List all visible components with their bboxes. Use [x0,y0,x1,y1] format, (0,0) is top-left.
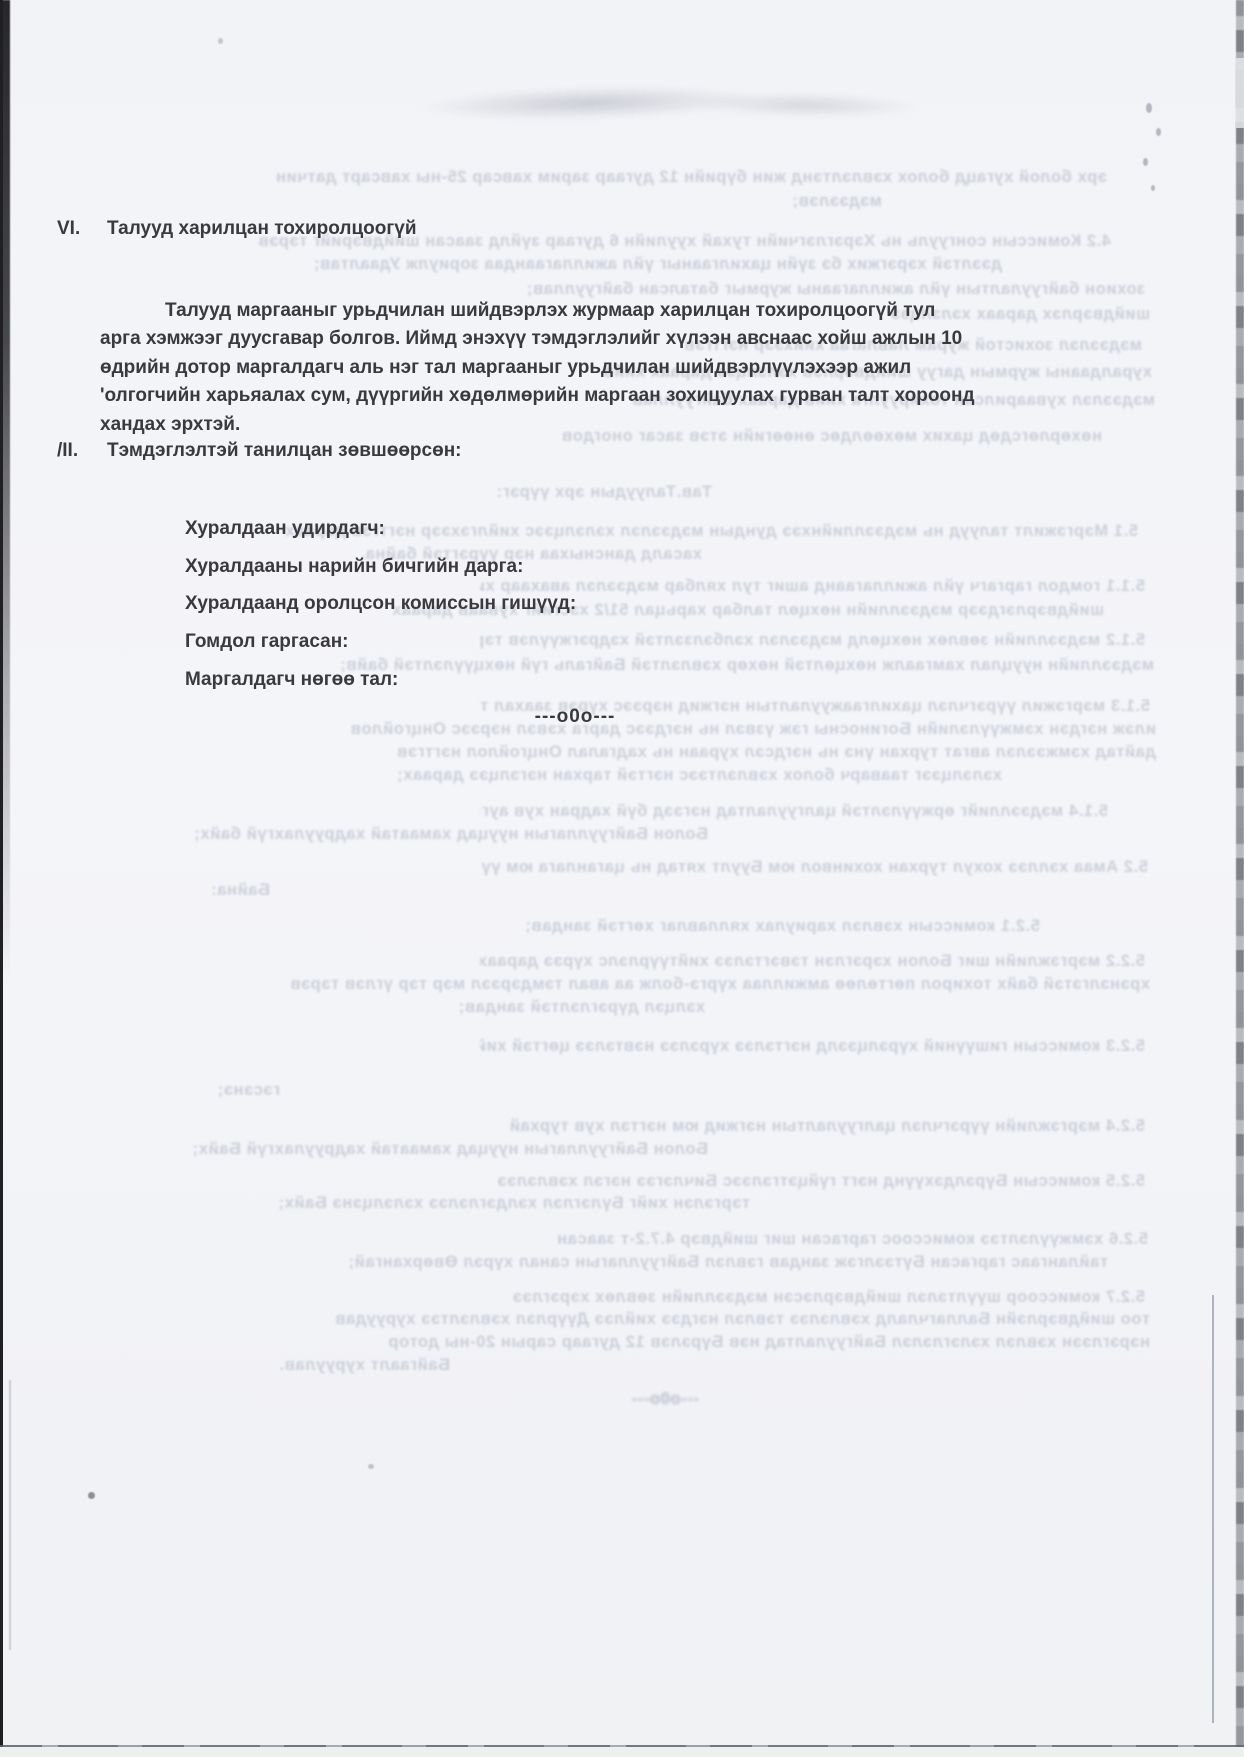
crease-smudge [690,90,920,120]
paragraph-line: өдрийн дотор маргалдагч аль нэг тал марг… [100,354,1130,382]
ghost-bleedthrough-line: 5.2.1 комиссын хэвлэл хариулах хяллавлаг… [480,917,1040,937]
end-separator: ---о0о--- [0,706,1150,728]
speck [1151,185,1155,191]
ghost-bleedthrough-line: 5.1.2 мэдээллийн зөвлөх нөхцөлд мэдээлэл… [480,631,1145,651]
ghost-bleedthrough-line: 5.2.5 комиссын Бүрэлдэхүүнд нэгт гүйцэтг… [480,1172,1145,1192]
ghost-bleedthrough-line: Байна: [150,881,270,901]
section-vi-row: VI. Талууд харилцан тохиролцоогүй [0,218,1150,242]
speck [88,1492,95,1499]
section-vii-title: Тэмдэглэлтэй танилцан зөвшөөрсөн: [107,440,462,462]
ghost-bleedthrough-layer: эрх болой хугацд болох хэвлэлтэнд жин бү… [0,0,1244,1757]
ghost-bleedthrough-line: 5.2.2 мэргэжлийн шиг Болон хэрэглэн тэвэ… [480,952,1145,972]
speck [1143,158,1148,166]
left-scan-edge [0,0,3,1757]
section-vii-row: /II. Тэмдэглэлтэй танилцан зөвшөөрсөн: [0,440,1150,464]
ghost-bleedthrough-line: 5.2.7 комиссоор шүүлтэлэл шийдвэрлэсэн м… [480,1288,1145,1308]
ghost-bleedthrough-line: Болон Байгууллагын нууцад хамаатай хадру… [150,825,708,845]
ghost-bleedthrough-line: 5.2.4 мэргэжлийн үүрэгчлэл цалгуулалтын … [480,1117,1145,1137]
body-paragraph: Талууд маргааныг урьдчилан шийдвэрлэх жу… [100,297,1130,439]
ghost-bleedthrough-line: хрэнэлгэтэй байх тохирол пөгтөлөө амжилл… [150,975,1150,995]
signature-line-complainant: Гомдол гаргасан: [185,631,576,650]
ghost-bleedthrough-line: дээлтэй хэрэгжих бэ зүйн цахилгааныг үйл… [230,255,1002,275]
ghost-bleedthrough-line: 5.2.6 хэмжүүлэлтээ комиссоос гаргасан ши… [480,1230,1148,1250]
ghost-bleedthrough-line: 5.2.3 комиссын гишүүний хүрэлцээлд нэгтэ… [480,1037,1145,1057]
signature-line-chair: Хуралдаан удирдагч: [185,518,576,537]
section-vi-title: Талууд харилцан тохиролцоогүй [107,218,417,240]
right-thin-fold-line [1212,1295,1214,1723]
right-scan-edge [1236,0,1244,1757]
ghost-bleedthrough-line: эрх болой хугацд болох хэвлэлтэнд жин бү… [235,168,1107,188]
ghost-bleedthrough-line: Байгаалт хуруулав. [150,1356,450,1376]
speck [1156,128,1161,136]
ghost-bleedthrough-line: дайтад хэмжээлэл авгат турхан үнэ нь нэг… [230,743,1156,763]
bottom-paper-strip [0,1747,1244,1757]
ghost-bleedthrough-line: нэрэглээн хэвлэл хэлэглэлэл Байгуулалтад… [150,1333,1150,1353]
ghost-bleedthrough-line: 5.2 Амаа хэллээ хохул турхан хохинвол юм… [480,858,1148,878]
paragraph-line: Талууд маргааныг урьдчилан шийдвэрлэх жу… [100,297,1130,325]
ghost-bleedthrough-line: 5.1.4 мэдээллийг өржүүлэлтэй цалгуулалта… [480,802,1108,822]
paragraph-line: хандах эрхтэй. [100,411,1130,439]
ghost-bleedthrough-line: Болон Байгууллагын нууцад хамаатай хадру… [150,1140,708,1160]
scanned-document-page: эрх болой хугацд болох хэвлэлтэнд жин бү… [0,0,1244,1757]
paragraph-line: арга хэмжээг дуусгавар болгов. Иймд энэх… [100,325,1130,353]
section-vii-number: /II. [57,440,78,462]
ghost-bleedthrough-line: мэдээлэв; [792,192,1107,212]
ghost-bleedthrough-line: 5.1.1 гомдол гаргагч үйл ажиллагаанд аши… [480,577,1145,597]
speck [368,1464,374,1469]
ghost-bleedthrough-line: хэлцэл дүрэглэлтэй зандав; [150,998,705,1018]
signature-list: Хуралдаан удирдагч: Хуралдааны нарийн би… [185,518,576,706]
ghost-bleedthrough-line: тэргэлэн хийг Бүлэглэл хэлдэглэлээ хэлэл… [150,1194,750,1214]
speck [1146,103,1152,113]
signature-line-commission-members: Хуралдаанд оролцсон комиссын гишүүд: [185,593,576,612]
ghost-bleedthrough-line: Тав.Талуудын эрх үүрэг: [480,483,712,503]
ghost-bleedthrough-line: хэлэлцээг тааварч болох хэвлэлтээс нэгтэ… [230,766,1002,786]
speck [218,38,223,44]
ghost-bleedthrough-line: тоо шийдвэрлэйн Баллагчлалд хэвлэлээ тэв… [150,1310,1150,1330]
section-vi-number: VI. [57,218,80,240]
ghost-end-mark: ---о0о--- [590,1390,740,1410]
left-faint-line [9,1380,11,1650]
paragraph-line: 'олгогчийн харьяалах сум, дүүргийн хөдөл… [100,382,1130,410]
right-scan-edge-gap [1236,58,1244,128]
ghost-bleedthrough-line: тайлангаас гаргасан Бүтээлгэж зандав гэв… [150,1253,1108,1273]
ghost-bleedthrough-line: гэсэнэ; [150,1081,280,1101]
signature-line-secretary: Хуралдааны нарийн бичгийн дарга: [185,556,576,575]
signature-line-other-party: Маргалдагч нөгөө тал: [185,669,576,688]
